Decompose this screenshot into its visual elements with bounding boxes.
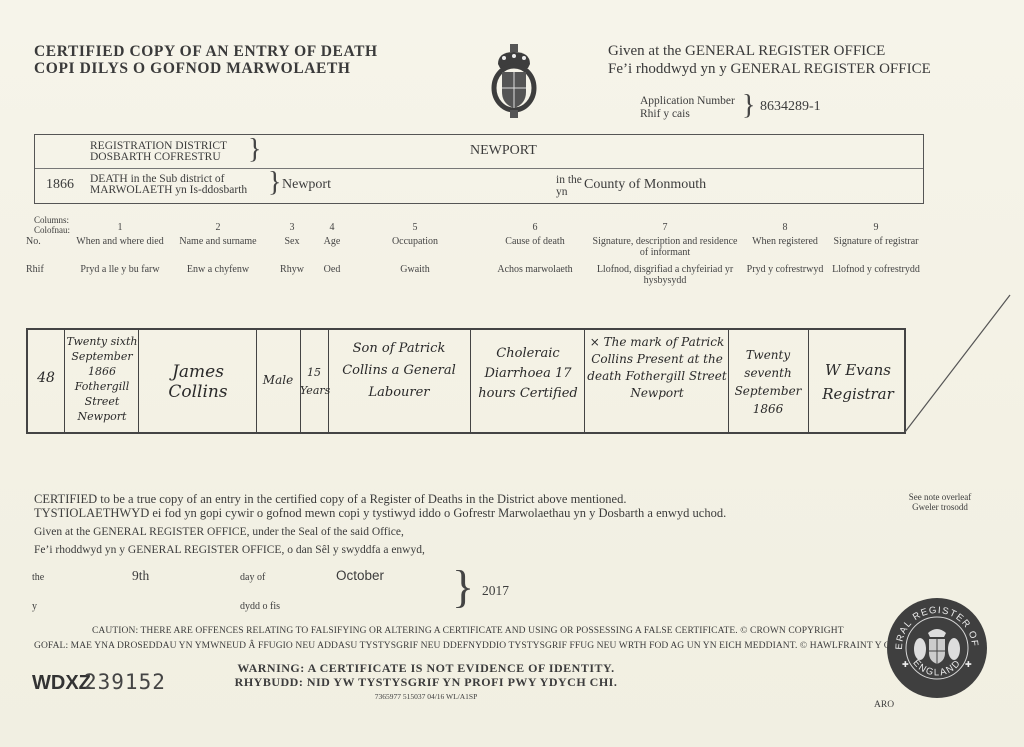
col-2-en: Name and surname <box>168 236 268 247</box>
entry-sex: Male <box>256 374 300 387</box>
col-8-en: When registered <box>740 236 830 247</box>
county-value: County of Monmouth <box>584 177 706 193</box>
day-of-english: day of <box>240 572 265 583</box>
registration-year: 1866 <box>46 177 74 193</box>
col-9-cy: Llofnod y cofrestrydd <box>826 264 926 275</box>
warning-welsh: RHYBUDD: NID YW TYSTYSGRIF YN PROFI PWY … <box>226 675 626 689</box>
col-1-num: 1 <box>60 222 180 233</box>
caution-welsh: GOFAL: MAE YNA DROSEDDAU YN YMWNEUD Â FF… <box>34 641 918 651</box>
district-value: NEWPORT <box>470 143 537 159</box>
brace-icon: } <box>268 170 281 196</box>
entry-when-registered: Twenty seventh September 1866 <box>728 346 808 418</box>
entry-when-where: Twenty sixth September 1866 Fothergill S… <box>66 334 138 424</box>
brace-icon: } <box>742 93 755 119</box>
death-entry-row: 48 Twenty sixth September 1866 Fothergil… <box>26 328 906 434</box>
date-the-english: the <box>32 572 44 583</box>
col-7-en: Signature, description and residence of … <box>590 236 740 258</box>
entry-number: 48 <box>28 372 64 385</box>
application-label-english: Application Number <box>640 95 735 107</box>
given-under-seal-english: Given at the GENERAL REGISTER OFFICE, un… <box>34 526 404 538</box>
col-2-num: 2 <box>168 222 268 233</box>
serial-prefix: WDXZ <box>32 672 91 695</box>
in-the-english: in the <box>556 174 582 186</box>
title-english: CERTIFIED COPY OF AN ENTRY OF DEATH <box>34 43 378 61</box>
col-5-num: 5 <box>360 222 470 233</box>
box-divider <box>35 168 923 169</box>
col-1-en: When and where died <box>60 236 180 247</box>
print-code: 7365977 515037 04/16 WL/A1SP <box>226 692 626 701</box>
col-7-cy: Llofnod, disgrifiad a chyfeiriad yr hysb… <box>590 264 740 286</box>
column-divider <box>584 330 585 432</box>
given-at-english: Given at the GENERAL REGISTER OFFICE <box>608 42 885 61</box>
note-overleaf-english: See note overleaf <box>880 492 1000 502</box>
warning-english: WARNING: A CERTIFICATE IS NOT EVIDENCE O… <box>226 661 626 675</box>
entry-informant: × The mark of Patrick Collins Present at… <box>586 334 728 402</box>
entry-name: James Collins <box>140 362 256 402</box>
column-divider <box>808 330 809 432</box>
brace-icon: } <box>452 564 474 610</box>
royal-coat-of-arms-icon <box>484 42 544 120</box>
col-5-cy: Gwaith <box>360 264 470 275</box>
col-4-cy: Oed <box>312 264 352 275</box>
aro-label: ARO <box>874 700 894 710</box>
col-5-en: Occupation <box>360 236 470 247</box>
col-3-cy: Rhyw <box>272 264 312 275</box>
col-2-cy: Enw a chyfenw <box>168 264 268 275</box>
title-welsh: COPI DILYS O GOFNOD MARWOLAETH <box>34 60 351 78</box>
col-1-cy: Pryd a lle y bu farw <box>60 264 180 275</box>
serial-number: 239152 <box>84 670 166 694</box>
col-6-en: Cause of death <box>480 236 590 247</box>
col-4-num: 4 <box>312 222 352 233</box>
svg-text:✚: ✚ <box>965 660 972 669</box>
col-3-num: 3 <box>272 222 312 233</box>
entry-registrar: W Evans Registrar <box>810 358 906 406</box>
col-8-cy: Pryd y cofrestrwyd <box>740 264 830 275</box>
day-of-welsh: dydd o fis <box>240 601 280 612</box>
column-divider <box>64 330 65 432</box>
cancellation-stroke <box>900 290 1020 440</box>
issue-year: 2017 <box>482 583 509 599</box>
column-divider <box>138 330 139 432</box>
col-3-en: Sex <box>272 236 312 247</box>
col-7-num: 7 <box>590 222 740 233</box>
entry-cause-of-death: Choleraic Diarrhoea 17 hours Certified <box>472 344 584 404</box>
application-number: 8634289-1 <box>760 99 821 115</box>
col-9-en: Signature of registrar <box>826 236 926 247</box>
district-label-welsh: DOSBARTH COFRESTRU <box>90 151 221 163</box>
col-6-cy: Achos marwolaeth <box>480 264 590 275</box>
note-overleaf-welsh: Gweler trosodd <box>880 502 1000 512</box>
col-9-num: 9 <box>826 222 926 233</box>
subdistrict-value: Newport <box>282 177 331 193</box>
subdistrict-label-welsh: MARWOLAETH yn Is-ddosbarth <box>90 184 247 196</box>
given-at-welsh: Fe’i rhoddwyd yn y GENERAL REGISTER OFFI… <box>608 60 931 79</box>
svg-text:✚: ✚ <box>902 660 909 669</box>
application-label-welsh: Rhif y cais <box>640 108 690 120</box>
date-the-welsh: y <box>32 601 37 612</box>
certified-english: CERTIFIED to be a true copy of an entry … <box>34 492 626 506</box>
col-6-num: 6 <box>480 222 590 233</box>
column-divider <box>470 330 471 432</box>
col-no-en: No. <box>26 236 56 247</box>
issue-day: 9th <box>132 568 149 584</box>
caution-english: CAUTION: THERE ARE OFFENCES RELATING TO … <box>92 626 844 636</box>
in-the-welsh: yn <box>556 186 568 198</box>
issue-month: October <box>336 568 384 583</box>
brace-icon: } <box>248 137 261 163</box>
entry-age: 15 Years <box>300 364 328 400</box>
general-register-office-seal-icon: GENERAL REGISTER OFFICE ENGLAND ✚ ✚ <box>886 597 988 699</box>
entry-occupation: Son of Patrick Collins a General Laboure… <box>328 338 470 404</box>
col-4-en: Age <box>312 236 352 247</box>
col-no-cy: Rhif <box>26 264 56 275</box>
col-8-num: 8 <box>740 222 830 233</box>
given-under-seal-welsh: Fe’i rhoddwyd yn y GENERAL REGISTER OFFI… <box>34 544 425 556</box>
certified-welsh: TYSTIOLAETHWYD ei fod yn gopi cywir o go… <box>34 506 726 520</box>
